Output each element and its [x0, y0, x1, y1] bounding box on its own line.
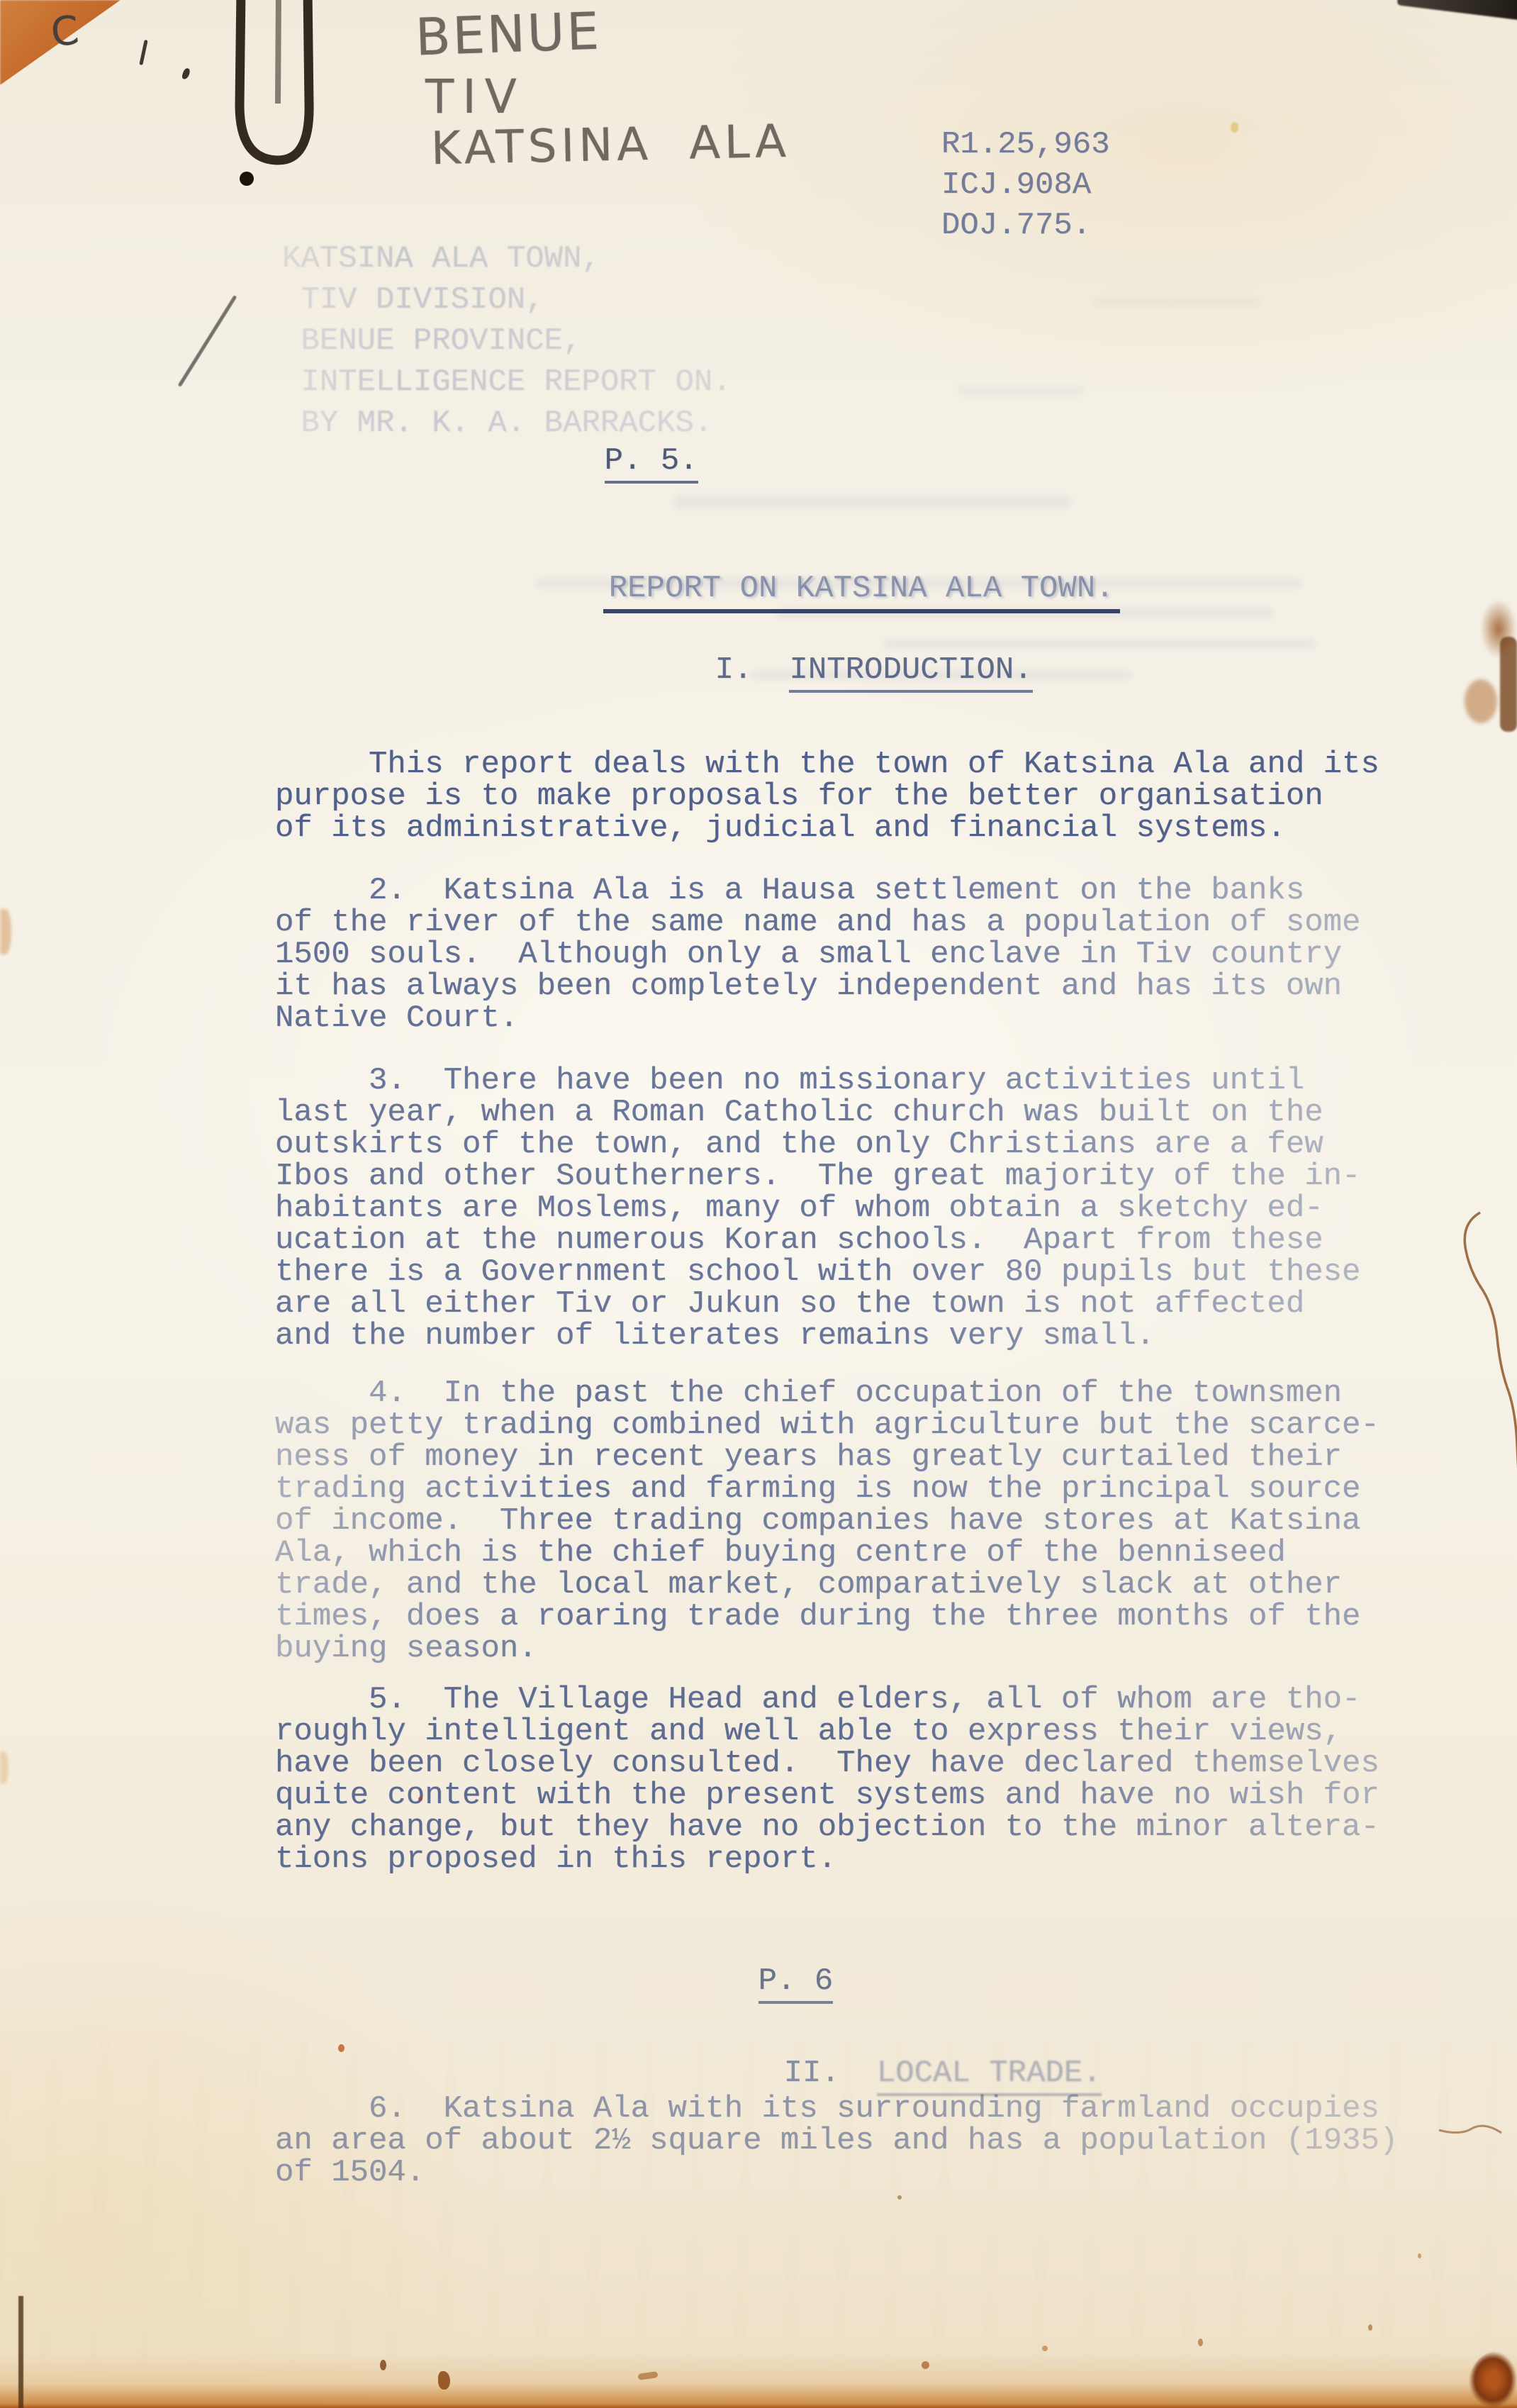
handwritten-note-katsina-ala: KATSINA ALA	[430, 116, 790, 176]
paragraph-4: 4. In the past the chief occupation of t…	[275, 1378, 1379, 1665]
pen-dot	[181, 67, 191, 80]
document-page: C BENUE TIV KATSINA ALA R1.25,963 ICJ.90…	[0, 0, 1517, 2408]
dark-edge-mark	[1397, 0, 1517, 23]
page-number-top: P. 5.	[530, 413, 698, 509]
section-1-heading: I.INTRODUCTION.	[640, 623, 1033, 718]
paragraph-2: 2. Katsina Ala is a Hausa settlement on …	[275, 875, 1360, 1035]
section-2-numeral: II.	[784, 2056, 840, 2091]
orange-backing-bottom-edge	[0, 2353, 1517, 2408]
corner-letter-mark: C	[49, 7, 85, 56]
pen-tick	[139, 40, 147, 65]
paragraph-6: 6. Katsina Ala with its surrounding farm…	[275, 2093, 1398, 2189]
paragraph-5: 5. The Village Head and elders, all of w…	[275, 1684, 1379, 1875]
handwritten-note-tiv: TIV	[425, 69, 525, 124]
handwritten-note-benue: BENUE	[415, 1, 603, 67]
paragraph-1: This report deals with the town of Katsi…	[275, 749, 1379, 845]
paperclip	[207, 0, 342, 203]
paragraph-3: 3. There have been no missionary activit…	[275, 1065, 1360, 1352]
page-number-mid: P. 6	[683, 1934, 833, 2029]
file-reference-numbers: R1.25,963 ICJ.908A DOJ.775.	[941, 125, 1110, 246]
section-2-title: LOCAL TRADE.	[877, 2056, 1102, 2096]
section-1-numeral: I.	[715, 652, 753, 688]
section-1-title: INTRODUCTION.	[789, 652, 1032, 693]
diagonal-pen-stroke	[178, 295, 237, 387]
rust-crease-line	[1432, 1198, 1517, 2219]
